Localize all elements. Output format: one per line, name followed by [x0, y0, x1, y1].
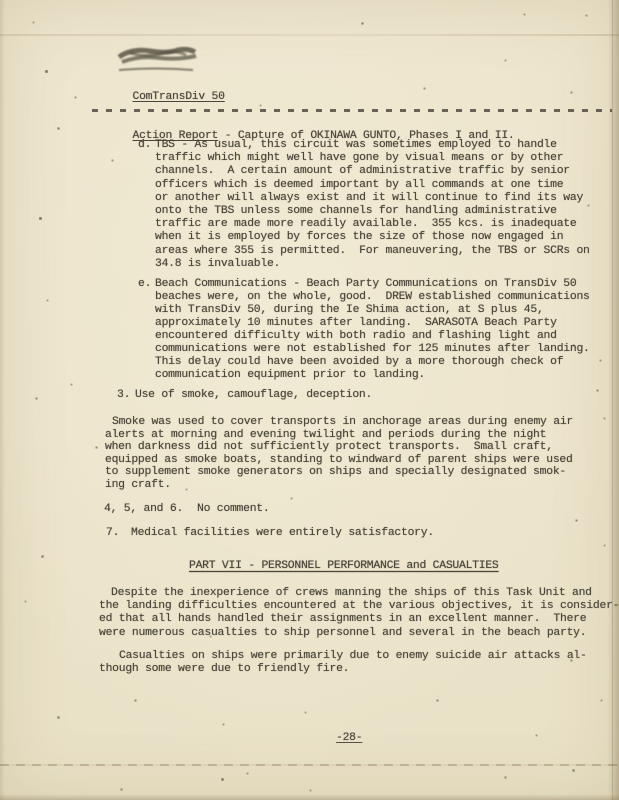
text-line: Casualties on ships were primarily due t…: [99, 650, 587, 663]
section-heading: PART VII - PERSONNEL PERFORMANCE and CAS…: [189, 560, 499, 572]
paper-edge-right: [608, 0, 619, 800]
text-line: communications were not established for …: [155, 343, 590, 356]
text-line: onto the TBS unless some channels for ha…: [155, 205, 590, 218]
paper-specks: [0, 0, 1, 1]
text-line: communication equipment prior to landing…: [155, 369, 590, 382]
item-456: 4, 5, and 6. No comment.: [104, 503, 269, 515]
text-line: Beach Communications - Beach Party Commu…: [155, 278, 590, 291]
smoke-paragraph: Smoke was used to cover transports in an…: [105, 416, 573, 492]
item-7: 7. Medical facilities were entirely sati…: [106, 527, 434, 539]
text-line: This delay could have been avoided by a …: [155, 356, 590, 369]
text-line: Smoke was used to cover transports in an…: [105, 416, 573, 429]
paper-edge-left: [0, 0, 5, 800]
text-line: areas where 355 is permitted. For maneuv…: [155, 245, 590, 258]
item-e-body: Beach Communications - Beach Party Commu…: [155, 278, 590, 382]
text-line: Despite the inexperience of crews mannin…: [99, 587, 619, 600]
text-line: officers which is deemed important by al…: [155, 179, 590, 192]
item-7-marker: 7.: [106, 527, 131, 539]
text-line: with TransDiv 50, during the Ie Shima ac…: [155, 304, 590, 317]
paper-edge-line: [612, 0, 613, 800]
personnel-paragraph: Despite the inexperience of crews mannin…: [99, 587, 619, 640]
item-3: 3. Use of smoke, camouflage, deception.: [117, 389, 372, 401]
text-line: though some were due to friendly fire.: [99, 663, 587, 676]
text-line: to supplement smoke generators on ships …: [105, 466, 573, 479]
paper-edge-bottom: [0, 794, 619, 800]
text-line: ed that all hands handled their assignme…: [99, 613, 619, 626]
item-d-marker: d.: [138, 139, 155, 271]
text-line: channels. A certain amount of administra…: [155, 165, 590, 178]
item-e-marker: e.: [138, 278, 155, 382]
text-line: the landing difficulties encountered at …: [99, 600, 619, 613]
item-7-text: Medical facilities were entirely satisfa…: [131, 527, 434, 539]
text-line: approximately 10 minutes after landing. …: [155, 317, 590, 330]
text-line: TBS - As usual, this circuit was sometim…: [155, 139, 590, 152]
item-456-marker: 4, 5, and 6.: [104, 503, 183, 515]
scanned-document-page: ComTransDiv 50 Action Report - Capture o…: [0, 0, 619, 800]
paper-crease-top: [0, 34, 619, 36]
text-line: encountered difficulty with both radio a…: [155, 330, 590, 343]
text-line: when it is employed by forces the size o…: [155, 231, 590, 244]
text-line: ing craft.: [105, 479, 573, 492]
casualties-paragraph: Casualties on ships were primarily due t…: [99, 650, 587, 676]
item-3-marker: 3.: [117, 389, 135, 401]
page-number: -28-: [336, 732, 362, 744]
item-3-text: Use of smoke, camouflage, deception.: [135, 389, 372, 401]
item-d-body: TBS - As usual, this circuit was sometim…: [155, 139, 590, 271]
text-line: were numerous casualties to ship personn…: [99, 627, 619, 640]
item-d: d. TBS - As usual, this circuit was some…: [138, 139, 590, 271]
text-line: alerts at morning and evening twilight a…: [105, 429, 573, 442]
item-e: e. Beach Communications - Beach Party Co…: [138, 278, 590, 382]
cancelled-stamp-smudge: [116, 44, 200, 76]
paper-crease-bottom: [0, 764, 619, 766]
text-line: 34.8 is invaluable.: [155, 258, 590, 271]
item-456-text: No comment.: [197, 503, 269, 515]
text-line: traffic are made more readily available.…: [155, 218, 590, 231]
organization-name: ComTransDiv 50: [133, 91, 225, 103]
text-line: equipped as smoke boats, standing to win…: [105, 454, 573, 467]
text-line: beaches were, on the whole, good. DREW e…: [155, 291, 590, 304]
text-line: or another will always exist and it will…: [155, 192, 590, 205]
dashed-divider: [92, 109, 612, 112]
text-line: when darkness did not sufficiently prote…: [105, 441, 573, 454]
text-line: traffic which might well have gone by vi…: [155, 152, 590, 165]
